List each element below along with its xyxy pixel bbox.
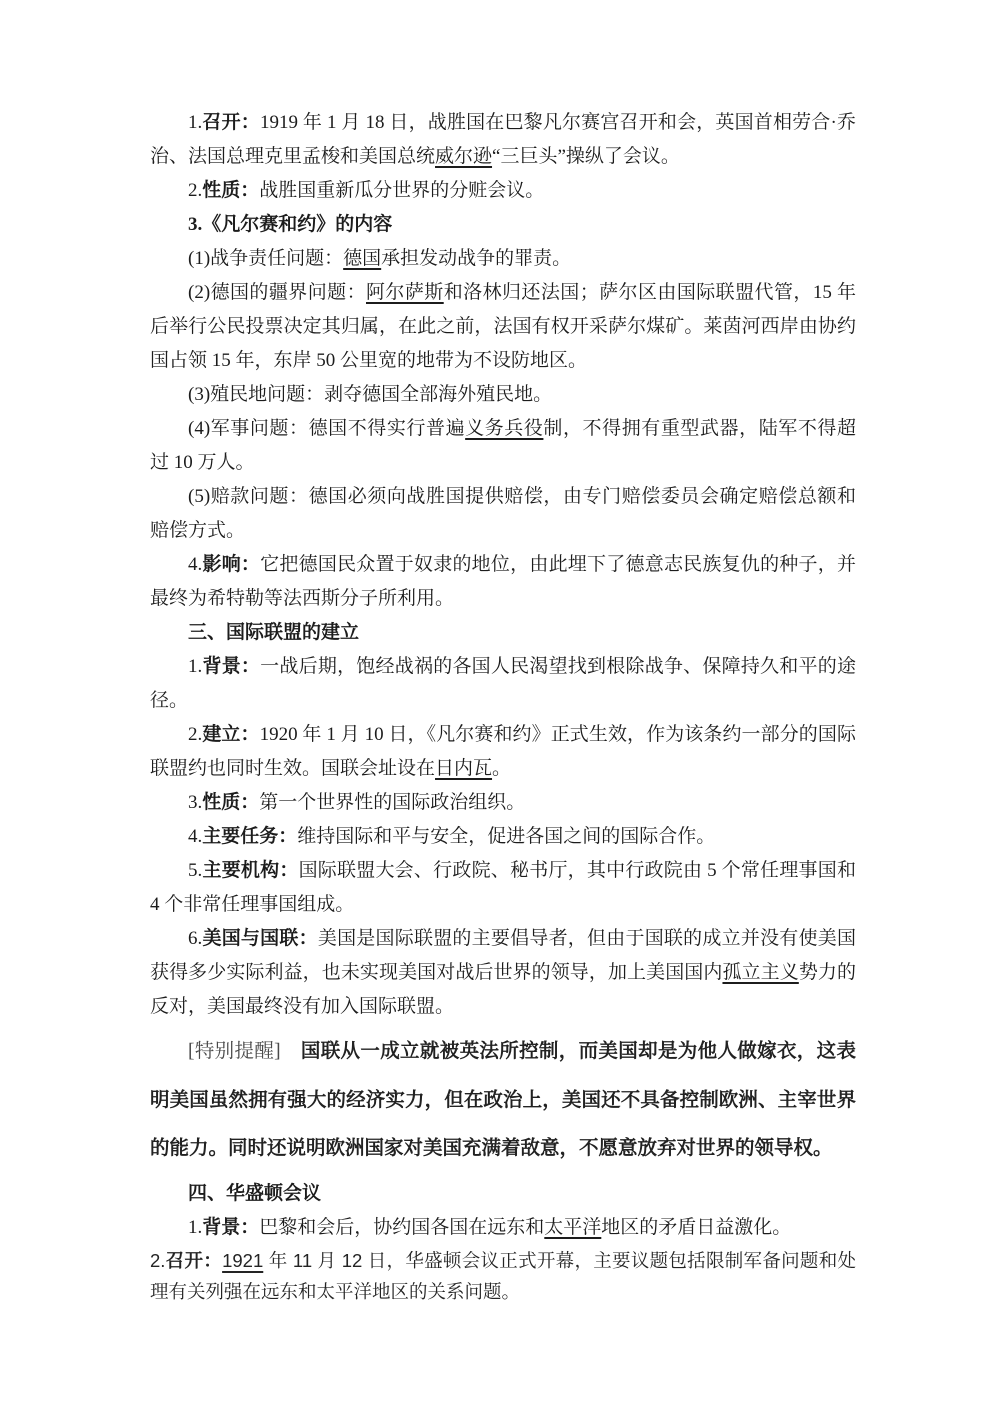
text-run: 2. [150, 1250, 165, 1271]
text-run: 背景： [202, 656, 260, 677]
text-run: 6. [188, 928, 202, 949]
para-league-background: 1.背景：一战后期，饱经战祸的各国人民渴望找到根除战争、保障持久和平的途径。 [150, 650, 856, 718]
text-run: 三、国际联盟的建立 [188, 622, 359, 643]
para-german-borders: (2)德国的疆界问题：阿尔萨斯和洛林归还法国；萨尔区由国际联盟代管，15 年后举… [150, 276, 856, 378]
heading-treaty-contents: 3.《凡尔赛和约》的内容 [150, 208, 856, 242]
text-run: (4)军事问题：德国不得实行普遍 [188, 418, 465, 439]
para-special-note: [特别提醒] 国联从一成立就被英法所控制，而美国却是为他人做嫁衣，这表明美国虽然… [150, 1027, 856, 1172]
text-run: (3)殖民地问题：剥夺德国全部海外殖民地。 [188, 384, 552, 405]
text-run: 孤立主义 [722, 962, 798, 983]
text-run: 2. [188, 180, 202, 201]
text-run: (5)赔款问题：德国必须向战胜国提供赔偿，由专门赔偿委员会确定赔偿总额和赔偿方式… [150, 486, 856, 541]
text-run: 4. [188, 826, 202, 847]
para-league-tasks: 4.主要任务：维持国际和平与安全，促进各国之间的国际合作。 [150, 820, 856, 854]
text-run: 2. [188, 724, 202, 745]
text-run: “三巨头”操纵了会议。 [492, 146, 680, 167]
text-run: 3.《凡尔赛和约》的内容 [188, 214, 392, 235]
heading-washington-conference: 四、华盛顿会议 [150, 1177, 856, 1211]
text-run: 威尔逊 [435, 146, 492, 167]
text-run: 日内瓦 [435, 758, 492, 779]
text-run: 3. [188, 792, 202, 813]
text-run: 承担发动战争的罪责。 [381, 248, 571, 269]
text-run: 1. [188, 112, 202, 133]
text-run: 1. [188, 1217, 202, 1238]
text-run: (1)战争责任问题： [188, 248, 343, 269]
para-washington-convening: 2.召开：1921 年 11 月 12 日，华盛顿会议正式开幕，主要议题包括限制… [150, 1245, 856, 1307]
text-run: 义务兵役 [465, 418, 543, 439]
para-impact: 4.影响：它把德国民众置于奴隶的地位，由此埋下了德意志民族复仇的种子，并最终为希… [150, 548, 856, 616]
heading-league-of-nations: 三、国际联盟的建立 [150, 616, 856, 650]
text-run: 性质： [202, 792, 259, 813]
para-war-responsibility: (1)战争责任问题：德国承担发动战争的罪责。 [150, 242, 856, 276]
text-run: 美国与国联： [202, 928, 318, 949]
text-run: 。 [492, 758, 511, 779]
document-page: 1.召开：1919 年 1 月 18 日，战胜国在巴黎凡尔赛宫召开和会，英国首相… [0, 0, 1000, 1414]
text-run: 背景： [202, 1217, 259, 1238]
para-league-establishment: 2.建立：1920 年 1 月 10 日，《凡尔赛和约》正式生效，作为该条约一部… [150, 718, 856, 786]
text-run: (2)德国的疆界问题： [188, 282, 366, 303]
para-convening-paris: 1.召开：1919 年 1 月 18 日，战胜国在巴黎凡尔赛宫召开和会，英国首相… [150, 106, 856, 174]
text-run: 召开： [202, 112, 260, 133]
para-nature: 2.性质：战胜国重新瓜分世界的分赃会议。 [150, 174, 856, 208]
text-run: 4. [188, 554, 202, 575]
text-run: 召开： [165, 1250, 222, 1271]
text-run: 主要任务： [202, 826, 297, 847]
text-run: 四、华盛顿会议 [188, 1183, 321, 1204]
text-run: 维持国际和平与安全，促进各国之间的国际合作。 [297, 826, 715, 847]
text-run: 5. [188, 860, 202, 881]
text-run: 巴黎和会后，协约国各国在远东和 [259, 1217, 544, 1238]
para-washington-background: 1.背景：巴黎和会后，协约国各国在远东和太平洋地区的矛盾日益激化。 [150, 1211, 856, 1245]
special-note-label: [特别提醒] [188, 1041, 281, 1062]
text-run: 建立： [202, 724, 259, 745]
para-military: (4)军事问题：德国不得实行普遍义务兵役制，不得拥有重型武器，陆军不得超过 10… [150, 412, 856, 480]
para-league-organs: 5.主要机构：国际联盟大会、行政院、秘书厅，其中行政院由 5 个常任理事国和 4… [150, 854, 856, 922]
text-run: 第一个世界性的国际政治组织。 [259, 792, 525, 813]
text-run: 德国 [343, 248, 381, 269]
para-reparations: (5)赔款问题：德国必须向战胜国提供赔偿，由专门赔偿委员会确定赔偿总额和赔偿方式… [150, 480, 856, 548]
document-content: 1.召开：1919 年 1 月 18 日，战胜国在巴黎凡尔赛宫召开和会，英国首相… [150, 106, 856, 1307]
text-run: 太平洋 [544, 1217, 601, 1238]
text-run: 1. [188, 656, 202, 677]
text-run: 主要机构： [202, 860, 298, 881]
text-run: 1921 [222, 1250, 263, 1271]
para-league-nature: 3.性质：第一个世界性的国际政治组织。 [150, 786, 856, 820]
para-colonies: (3)殖民地问题：剥夺德国全部海外殖民地。 [150, 378, 856, 412]
text-run: 性质： [202, 180, 259, 201]
text-run: 地区的矛盾日益激化。 [601, 1217, 791, 1238]
text-run: 阿尔萨斯 [366, 282, 444, 303]
text-run: 战胜国重新瓜分世界的分赃会议。 [259, 180, 544, 201]
para-us-and-league: 6.美国与国联：美国是国际联盟的主要倡导者，但由于国联的成立并没有使美国获得多少… [150, 922, 856, 1024]
text-run: 影响： [202, 554, 260, 575]
